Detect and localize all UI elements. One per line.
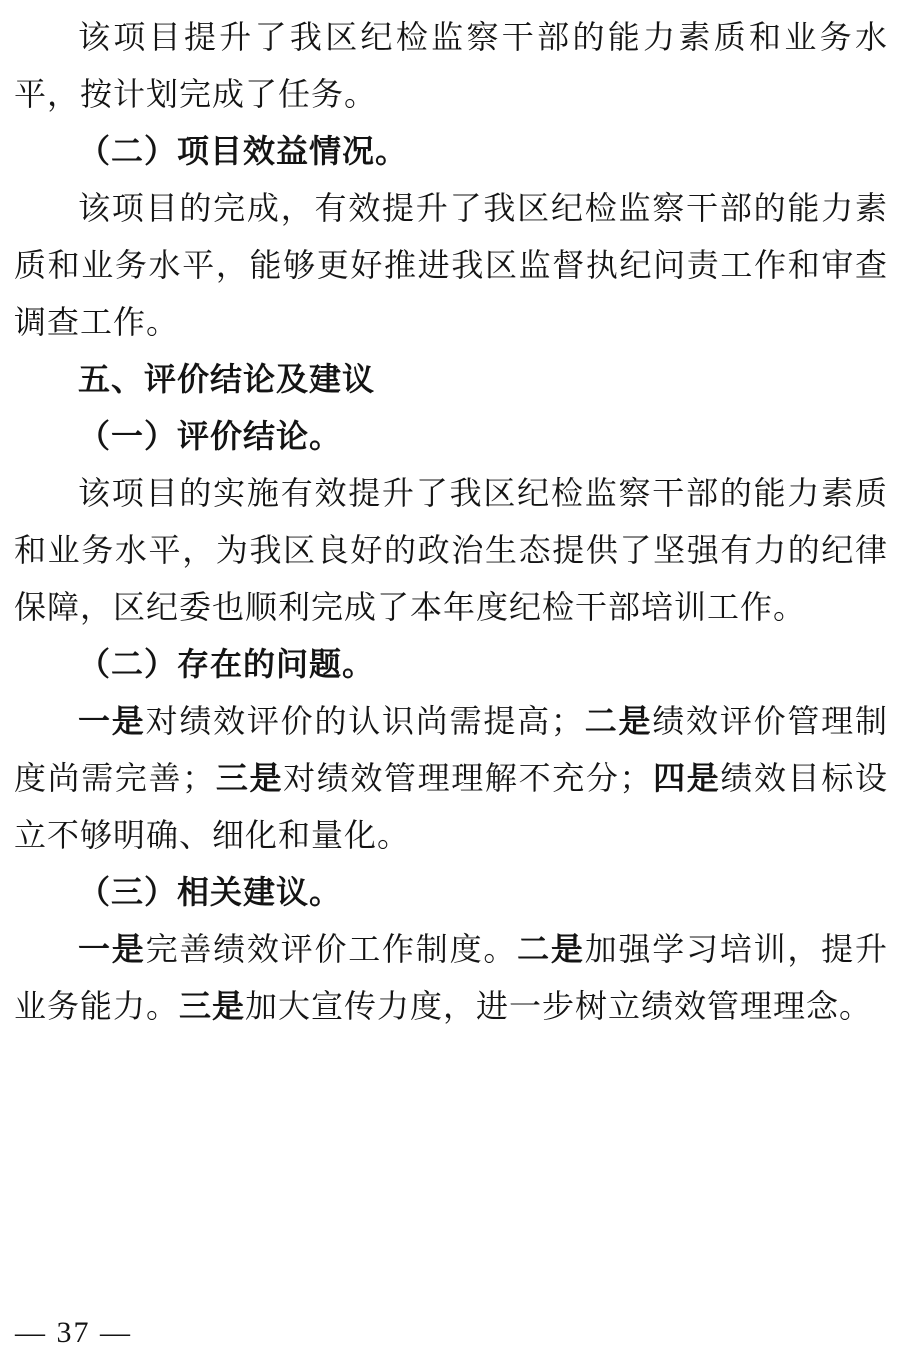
paragraph-task-completion: 该项目提升了我区纪检监察干部的能力素质和业务水平，按计划完成了任务。 xyxy=(14,9,888,123)
enum-marker-two: 二是 xyxy=(584,703,652,739)
section-heading-project-benefit: （二）项目效益情况。 xyxy=(14,123,888,180)
section-heading-suggestions: （三）相关建议。 xyxy=(14,864,888,921)
page-number: — 37 — xyxy=(15,1316,132,1349)
suggestion-three-text: 加大宣传力度，进一步树立绩效管理理念。 xyxy=(245,988,872,1024)
paragraph-problems: 一是对绩效评价的认识尚需提高；二是绩效评价管理制度尚需完善；三是对绩效管理理解不… xyxy=(14,693,888,864)
paragraph-suggestions: 一是完善绩效评价工作制度。二是加强学习培训，提升业务能力。三是加大宣传力度，进一… xyxy=(14,921,888,1035)
chapter-heading-conclusion-suggestions: 五、评价结论及建议 xyxy=(14,351,888,408)
section-heading-evaluation-conclusion: （一）评价结论。 xyxy=(14,408,888,465)
section-heading-existing-problems: （二）存在的问题。 xyxy=(14,636,888,693)
enum-marker-one: 一是 xyxy=(78,703,146,739)
paragraph-conclusion-detail: 该项目的实施有效提升了我区纪检监察干部的能力素质和业务水平，为我区良好的政治生态… xyxy=(14,465,888,636)
enum-marker-three: 三是 xyxy=(215,760,283,796)
suggestion-one-text: 完善绩效评价工作制度。 xyxy=(146,931,518,967)
enum-marker-two: 二是 xyxy=(517,931,585,967)
problem-one-text: 对绩效评价的认识尚需提高； xyxy=(146,703,584,739)
page-footer: — 37 — xyxy=(15,1316,132,1350)
paragraph-benefit-detail: 该项目的完成，有效提升了我区纪检监察干部的能力素质和业务水平，能够更好推进我区监… xyxy=(14,180,888,351)
document-page: 该项目提升了我区纪检监察干部的能力素质和业务水平，按计划完成了任务。 （二）项目… xyxy=(0,0,900,1035)
enum-marker-four: 四是 xyxy=(652,760,720,796)
enum-marker-three: 三是 xyxy=(179,988,245,1024)
enum-marker-one: 一是 xyxy=(78,931,146,967)
problem-three-text: 对绩效管理理解不充分； xyxy=(283,760,652,796)
